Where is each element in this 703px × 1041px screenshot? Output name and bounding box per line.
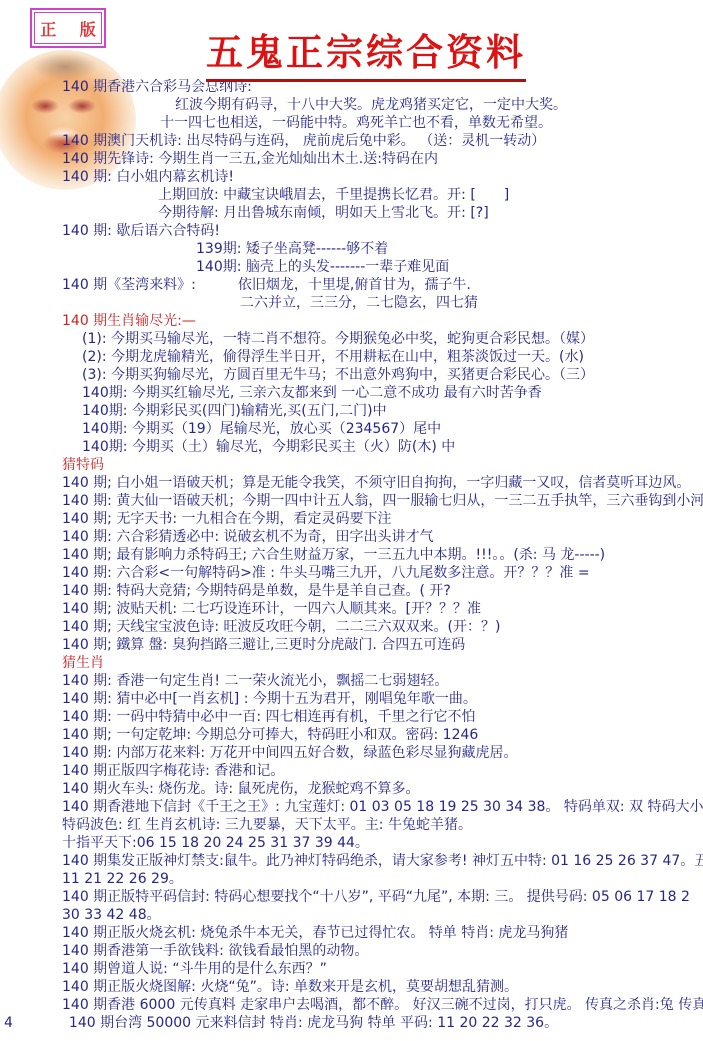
text-line: 140 期: 香港一句定生肖! 二一荣火流光小，飘摇二七弱翅轻。 xyxy=(0,672,703,690)
text-line: 140 期: 黄大仙一语破天机；今期一四中计五人翁，四一服输七归从，一三二五手执… xyxy=(0,492,703,510)
text-line: 二六并立，三三分，二七隐玄，四七猜 xyxy=(0,294,703,312)
text-line: 140 期正版特平码信封: 特码心想要找个“十八岁”, 平码“九尾”, 本期: … xyxy=(0,888,703,906)
text-line: (1): 今期买马输尽光，一特二肖不想符。今期猴兔必中奖，蛇狗更合彩民想。（媒） xyxy=(0,330,703,348)
text-line: 140期: 脑壳上的头发-------一辈子难见面 xyxy=(0,258,703,276)
text-line: 140期: 今期买（19）尾输尽光，放心买（234567）尾中 xyxy=(0,420,703,438)
text-line: 140 期: 白小姐内幕玄机诗! xyxy=(0,168,703,186)
text-line: 140 期; 最有影响力杀特码王; 六合生财益万家，一三五九中本期。!!!。。(… xyxy=(0,546,703,564)
text-line: 上期回放: 中藏宝诀峨眉去，千里提携长忆君。开: [ ] xyxy=(0,186,703,204)
authentic-badge-label: 正 版 xyxy=(31,17,105,40)
text-line: 140 期《荃湾来料》: 依旧烟龙，十里堤,俯首甘为，孺子牛. xyxy=(0,276,703,294)
text-line: 140期: 今期买红输尽光, 三亲六友都来到 一心二意不成功 最有六时苦争香 xyxy=(0,384,703,402)
text-line: 猜生肖 xyxy=(0,654,703,672)
text-line: 140 期曾道人说: “斗牛用的是什么东西？” xyxy=(0,960,703,978)
text-line: 140 期; 天线宝宝波色诗: 旺波反攻旺今朝，二二三六双双来。(开：？) xyxy=(0,618,703,636)
text-line: 140 期生肖输尽光:— xyxy=(0,312,703,330)
text-line: 140 期: 六合彩猜透必中: 说破玄机不为奇，田字出头讲才气 xyxy=(0,528,703,546)
text-line: 140 期; 波贴天机: 二七巧设连环计，一四六人顺其来。[开？？？准 xyxy=(0,600,703,618)
text-line: (2): 今期龙虎输精光，偷得浮生半日开，不用耕耘在山中，粗茶淡饭过一天。(水) xyxy=(0,348,703,366)
text-line: 140 期: 六合彩<一句解特码>准 : 牛头马嘴三九开，八九尾数多注意。开？？… xyxy=(0,564,703,582)
text-line: 139期: 矮子坐高凳------够不着 xyxy=(0,240,703,258)
text-line: 140 期先锋诗: 今期生肖一三五,金光灿灿出木土.送:特码在内 xyxy=(0,150,703,168)
text-line: 140 期: 歇后语六合特码! xyxy=(0,222,703,240)
text-line: 红波今期有码寻，十八中大奖。虎龙鸡猪买定它，一定中大奖。 xyxy=(0,96,703,114)
text-line: 140 期: 内部万花来料: 万花开中间四五好合数，绿蓝色彩尽显狗藏虎居。 xyxy=(0,744,703,762)
text-line: 140 期正版火烧玄机: 烧兔杀牛本无关，春节已过得忙农。 特单 特肖: 虎龙马… xyxy=(0,924,703,942)
text-line: 30 33 42 48。 xyxy=(0,906,703,924)
text-line: 猜特码 xyxy=(0,456,703,474)
text-line: 十指平天下:06 15 18 20 24 25 31 37 39 44。 xyxy=(0,834,703,852)
text-line: 140 期香港 6000 元传真料 走家串户去喝酒，都不醉。 好汉三碗不过岗，打… xyxy=(0,996,703,1014)
text-line: 特码波色: 红 生肖玄机诗: 三九要暴，天下太平。主: 牛兔蛇羊猪。 xyxy=(0,816,703,834)
text-line: 140 期; 无字天书: 一九相合在今期，看定灵码要下注 xyxy=(0,510,703,528)
text-line: 140 期火车头: 烧伤龙。诗: 鼠死虎伤，龙猴蛇鸡不算多。 xyxy=(0,780,703,798)
page-title: 五鬼正宗综合资料 xyxy=(206,22,526,82)
text-line: 140 期正版四字梅花诗: 香港和记。 xyxy=(0,762,703,780)
text-line: 140 期; 白小姐一语破天机；算是无能令我笑，不须守旧自拘拘，一字归藏一又叹，… xyxy=(0,474,703,492)
text-line: 140期: 今期彩民买(四门)输精光,买(五门,二门)中 xyxy=(0,402,703,420)
text-line: 140 期正版火烧图解: 火烧“兔”。诗: 单数来开是玄机，莫要胡想乱猜测。 xyxy=(0,978,703,996)
content-lines: 140 期香港六合彩马会总纲诗:红波今期有码寻，十八中大奖。虎龙鸡猪买定它，一定… xyxy=(0,78,703,1032)
text-line: 4 140 期台湾 50000 元来料信封 特肖: 虎龙马狗 特单 平码: 11… xyxy=(0,1014,703,1032)
text-line: 140 期: 猜中必中[一肖玄机] : 今期十五为君开，刚唱兔年歌一曲。 xyxy=(0,690,703,708)
text-line: (3): 今期买狗输尽光，方圆百里无牛马；不出意外鸡狗中，买猪更合彩民心。（三） xyxy=(0,366,703,384)
text-line: 140 期香港地下信封《千王之王》: 九宝莲灯: 01 03 05 18 19 … xyxy=(0,798,703,816)
text-line: 140 期集发正版神灯禁支:鼠牛。此乃神灯特码绝杀，请大家参考! 神灯五中特: … xyxy=(0,852,703,870)
text-line: 140 期: 特码大竞猜; 今期特码是单数，是牛是羊自己查。( 开? xyxy=(0,582,703,600)
authentic-badge: 正 版 xyxy=(30,8,106,48)
authentic-badge-inner-frame: 正 版 xyxy=(34,12,102,44)
text-line: 140 期: 一码中特猜中必中一百: 四七相连再有机，千里之行它不怕 xyxy=(0,708,703,726)
text-line: 140期: 今期买（土）输尽光，今期彩民买主（火）防(木) 中 xyxy=(0,438,703,456)
page: { "colors": { "body": "#26268a", "red": … xyxy=(0,0,703,1041)
text-line: 十一四七也相送，一码能中特。鸡死羊亡也不看，单数无希望。 xyxy=(0,114,703,132)
text-line: 今期待解: 月出鲁城东南倾，明如天上雪北飞。开: [?] xyxy=(0,204,703,222)
text-line: 140 期澳门天机诗: 出尽特码与连码， 虎前虎后兔中彩。 （送：灵机一转动） xyxy=(0,132,703,150)
text-line: 140 期; 一句定乾坤: 今期总分可捧大，特码旺小和双。密码: 1246 xyxy=(0,726,703,744)
text-line: 140 期香港第一手欲钱料: 欲钱看最怕黑的动物。 xyxy=(0,942,703,960)
text-line: 11 21 22 26 29。 xyxy=(0,870,703,888)
text-line: 140 期; 鐵算 盤: 臭狗挡路三避让,三更时分虎敲门. 合四五可连码 xyxy=(0,636,703,654)
